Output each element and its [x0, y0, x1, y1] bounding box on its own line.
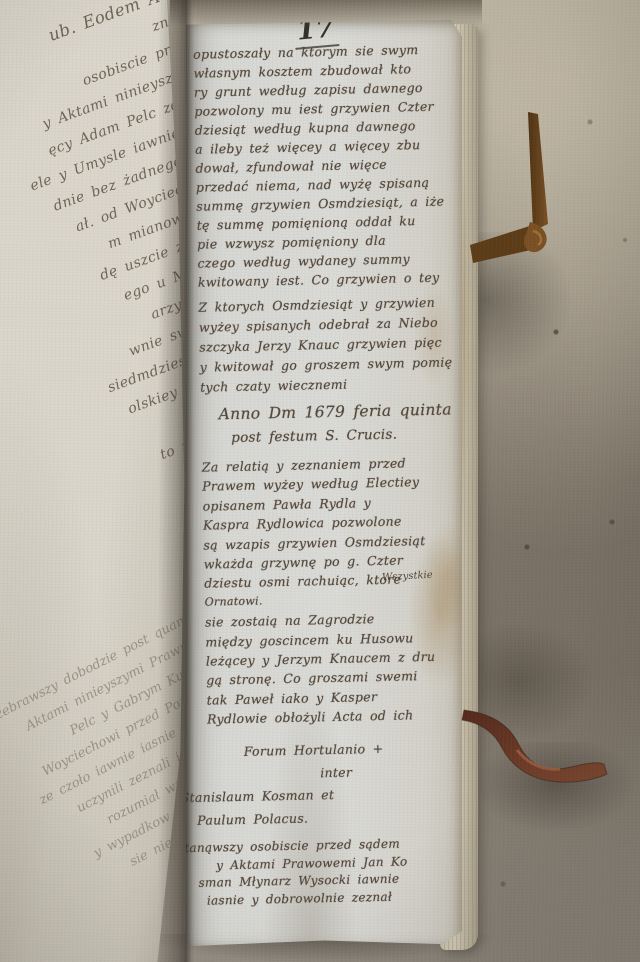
- text-line: tych czaty wiecznemi: [200, 374, 454, 399]
- text-line: kwitowany iest. Co grzywien o tey: [198, 269, 452, 293]
- paragraph-3: Za relatią y zeznaniem przedPrawem wyżey…: [202, 454, 462, 731]
- forum-heading: Forum Hortulanio +interStanislaum Kosman…: [208, 740, 462, 835]
- text-line: Rydlowie obłożyli Acta od ich: [207, 706, 461, 731]
- text-line: post festum S. Crucis.: [231, 425, 455, 455]
- date-heading: Anno Dm 1679 feria quintapost festum S. …: [201, 400, 456, 455]
- right-page: 17 opustoszały na ktorym sie swymwłasnym…: [186, 20, 462, 946]
- manuscript-photo: ub. Eodem ACtu. znawszyosobiscie przed S…: [0, 0, 640, 962]
- text-line: Paulum Polacus.: [197, 807, 462, 835]
- right-page-text: opustoszały na ktorym sie swymwłasnym ko…: [193, 39, 462, 911]
- left-page-text-lower: zebrawszy dobodzie post quamAktami ninie…: [0, 612, 192, 959]
- paragraph-2: Z ktorych Osmdziesiąt y grzywienwyżey sp…: [198, 294, 454, 399]
- left-page: ub. Eodem ACtu. znawszyosobiscie przed S…: [0, 0, 192, 962]
- paragraph-1: opustoszały na ktorym sie swymwłasnym ko…: [193, 41, 452, 293]
- text-line: inter: [320, 762, 462, 787]
- paragraph-4: Stanąwszy osobiscie przed sądemy Aktami …: [210, 836, 462, 911]
